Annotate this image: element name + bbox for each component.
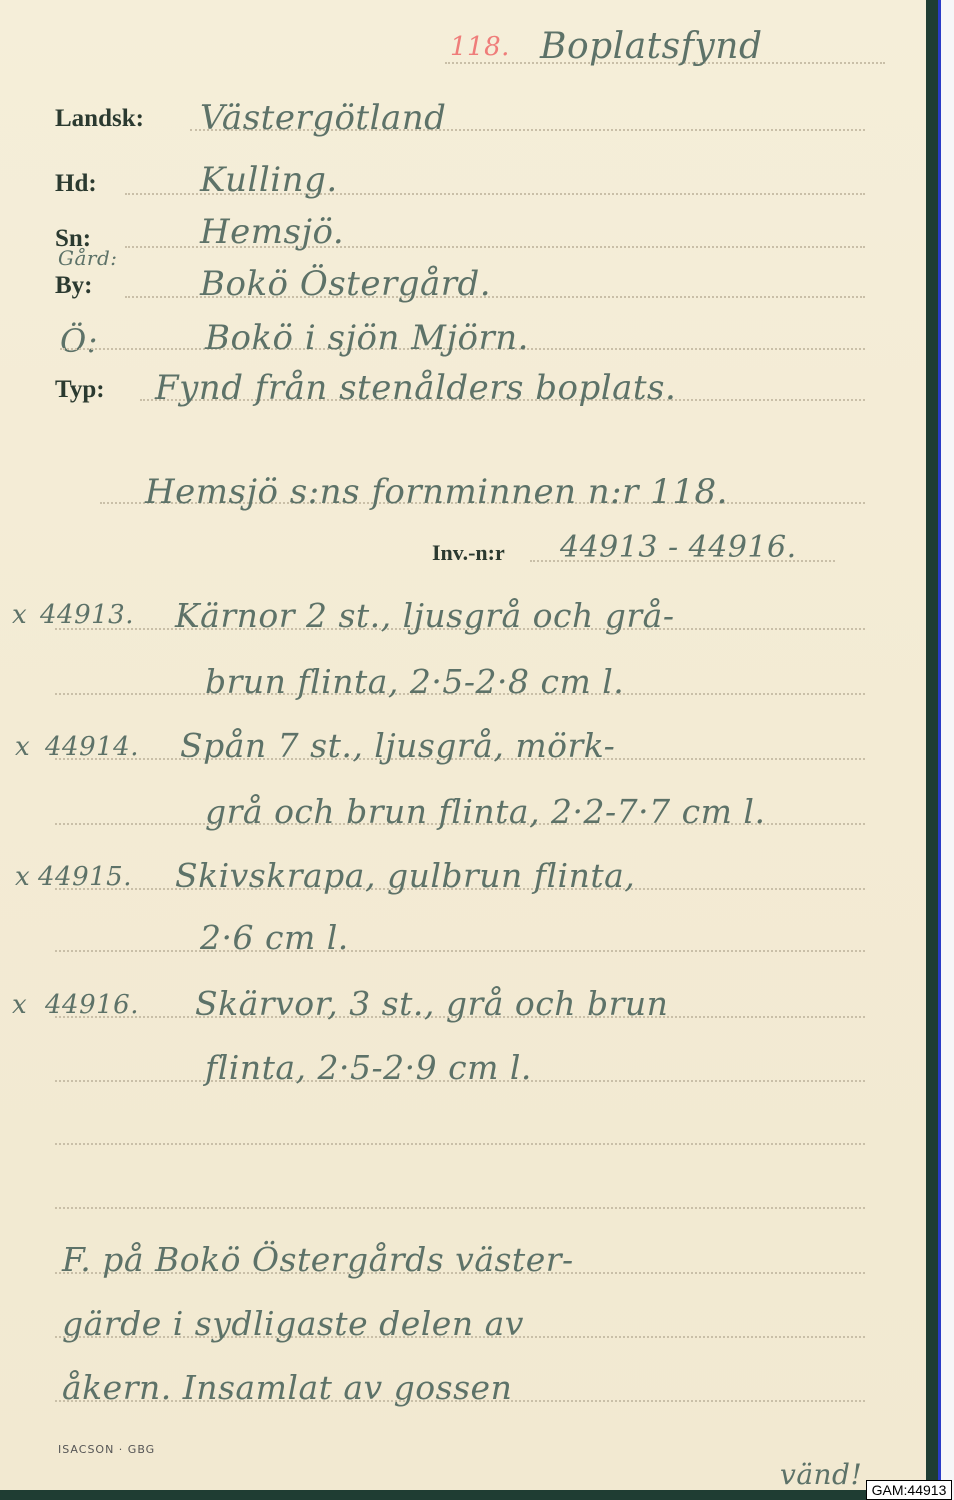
field-value-o: Bokö i sjön Mjörn. [205, 318, 529, 358]
field-value-sn: Hemsjö. [200, 212, 344, 252]
notes-line1: F. på Bokö Östergårds väster- [62, 1240, 574, 1279]
field-label-o: Ö: [60, 322, 98, 360]
item-line1: Kärnor 2 st., ljusgrå och grå- [175, 596, 675, 635]
field-value-hd: Kulling. [200, 160, 338, 200]
blank-line [55, 1207, 865, 1209]
item-line1: Spån 7 st., ljusgrå, mörk- [180, 726, 615, 765]
catalog-card: 118. Boplatsfynd Landsk: Västergötland H… [0, 0, 926, 1490]
notes-line3: åkern. Insamlat av gossen [62, 1368, 512, 1407]
field-label-landsk: Landsk: [55, 105, 144, 133]
item-mark: x [15, 732, 30, 762]
field-label-hd: Hd: [55, 170, 97, 198]
item-line2: flinta, 2·5-2·9 cm l. [205, 1048, 532, 1087]
field-label-typ: Typ: [55, 376, 105, 404]
card-number: 118. [450, 32, 510, 62]
reference-text: Hemsjö s:ns fornminnen n:r 118. [145, 472, 728, 512]
scan-margin [941, 0, 954, 1500]
card-border-bottom [0, 1490, 940, 1500]
card-border-green [926, 0, 938, 1500]
item-number: 44913. [40, 600, 134, 630]
item-line1: Skivskrapa, gulbrun flinta, [175, 856, 635, 895]
card-category: Boplatsfynd [540, 26, 762, 67]
inventory-value: 44913 - 44916. [560, 530, 797, 565]
inventory-label: Inv.-n:r [432, 540, 505, 566]
field-label-gard-handwritten: Gård: [58, 246, 118, 270]
item-line2: grå och brun flinta, 2·2-7·7 cm l. [205, 792, 765, 831]
archive-id-label: GAM:44913 [866, 1480, 952, 1500]
turn-over-note: vänd! [780, 1458, 862, 1491]
item-mark: x [15, 862, 30, 892]
item-mark: x [12, 600, 27, 630]
field-value-typ: Fynd från stenålders boplats. [155, 368, 676, 408]
field-label-by: By: [55, 272, 93, 300]
item-line2: brun flinta, 2·5-2·8 cm l. [205, 662, 624, 701]
item-line [55, 950, 865, 952]
item-line2: 2·6 cm l. [200, 918, 349, 957]
item-line1: Skärvor, 3 st., grå och brun [195, 984, 668, 1023]
notes-line2: gärde i sydligaste delen av [62, 1304, 524, 1343]
field-value-by: Bokö Östergård. [200, 264, 491, 304]
printer-imprint: ISACSON · GBG [58, 1443, 155, 1456]
blank-line [55, 1143, 865, 1145]
field-value-landsk: Västergötland [200, 98, 446, 138]
item-mark: x [12, 990, 27, 1020]
